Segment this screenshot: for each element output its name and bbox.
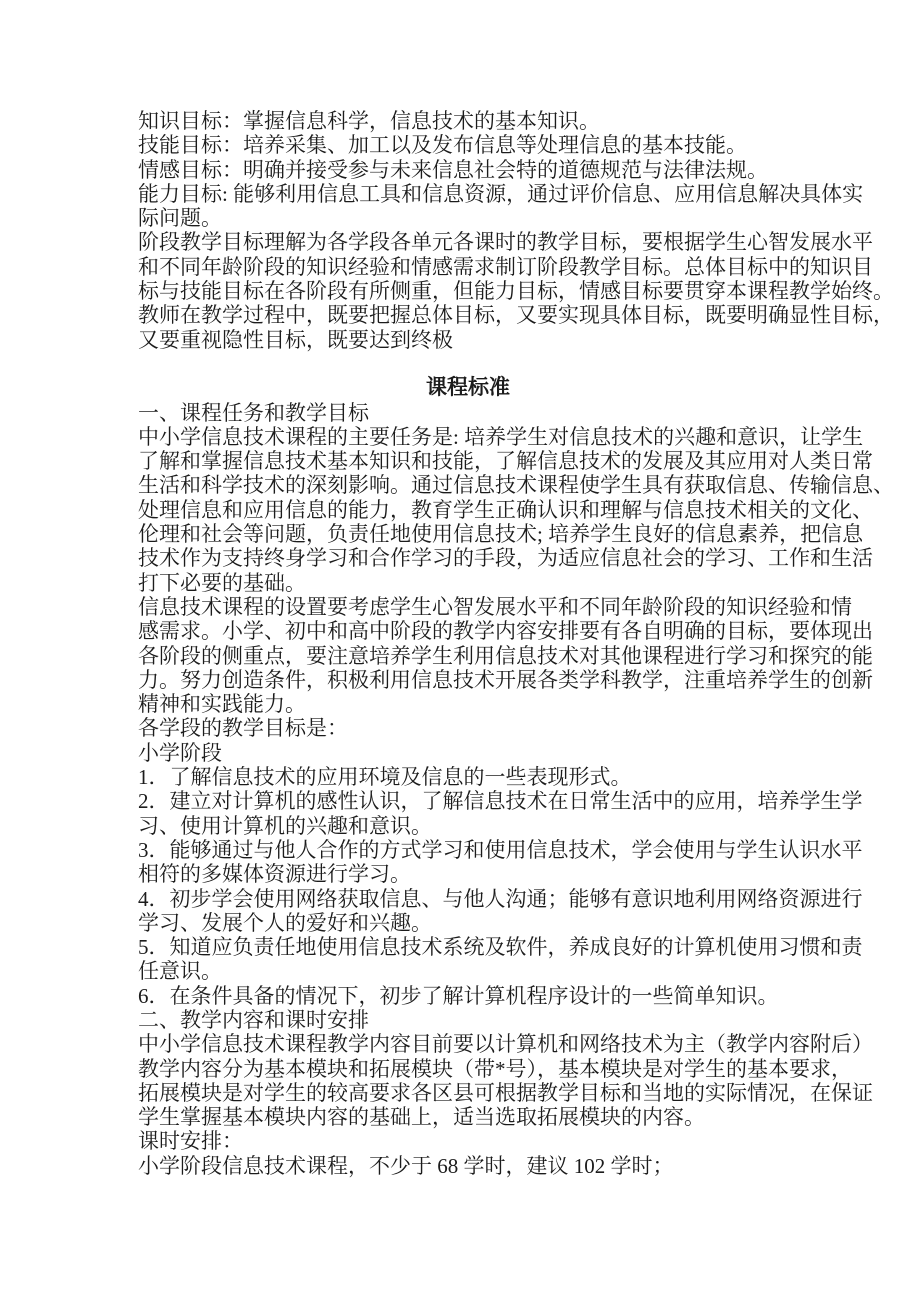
text-line: 阶段教学目标理解为各学段各单元各课时的教学目标，要根据学生心智发展水平 (138, 230, 798, 254)
text-line: 精神和实践能力。 (138, 692, 798, 716)
text-line: 一、课程任务和教学目标 (138, 401, 798, 425)
text-line: 4．初步学会使用网络获取信息、与他人沟通；能够有意识地利用网络资源进行 (138, 887, 798, 911)
document-text: 知识目标：掌握信息科学，信息技术的基本知识。技能目标：培养采集、加工以及发布信息… (138, 109, 798, 1178)
text-line: 处理信息和应用信息的能力，教育学生正确认识和理解与信息技术相关的文化、 (138, 498, 798, 522)
text-line: 教学内容分为基本模块和拓展模块（带*号），基本模块是对学生的基本要求， (138, 1057, 798, 1081)
text-line: 1．了解信息技术的应用环境及信息的一些表现形式。 (138, 765, 798, 789)
text-line: 情感目标：明确并接受参与未来信息社会特的道德规范与法律法规。 (138, 158, 798, 182)
text-line: 二、教学内容和课时安排 (138, 1008, 798, 1032)
text-line: 教师在教学过程中，既要把握总体目标，又要实现具体目标，既要明确显性目标， (138, 303, 798, 327)
text-line: 课时安排： (138, 1129, 798, 1153)
text-line: 中小学信息技术课程的主要任务是: 培养学生对信息技术的兴趣和意识，让学生 (138, 425, 798, 449)
text-line: 相符的多媒体资源进行学习。 (138, 862, 798, 886)
text-line: 任意识。 (138, 959, 798, 983)
document-page: 知识目标：掌握信息科学，信息技术的基本知识。技能目标：培养采集、加工以及发布信息… (0, 0, 920, 1302)
text-line: 2．建立对计算机的感性认识，了解信息技术在日常生活中的应用，培养学生学 (138, 789, 798, 813)
text-line: 5．知道应负责任地使用信息技术系统及软件，养成良好的计算机使用习惯和责 (138, 935, 798, 959)
text-line: 各阶段的侧重点，要注意培养学生利用信息技术对其他课程进行学习和探究的能 (138, 644, 798, 668)
text-line: 了解和掌握信息技术基本知识和技能，了解信息技术的发展及其应用对人类日常 (138, 449, 798, 473)
text-line: 标与技能目标在各阶段有所侧重，但能力目标，情感目标要贯穿本课程教学始终。 (138, 279, 798, 303)
text-line: 感需求。小学、初中和高中阶段的教学内容安排要有各自明确的目标，要体现出 (138, 619, 798, 643)
blank-line (138, 352, 798, 376)
text-line: 能力目标: 能够利用信息工具和信息资源，通过评价信息、应用信息解决具体实 (138, 182, 798, 206)
text-line: 小学阶段信息技术课程，不少于 68 学时，建议 102 学时； (138, 1154, 798, 1178)
text-line: 中小学信息技术课程教学内容目前要以计算机和网络技术为主（教学内容附后） (138, 1032, 798, 1056)
text-line: 力。努力创造条件，积极利用信息技术开展各类学科教学，注重培养学生的创新 (138, 668, 798, 692)
text-line: 生活和科学技术的深刻影响。通过信息技术课程使学生具有获取信息、传输信息、 (138, 473, 798, 497)
text-line: 学生掌握基本模块内容的基础上，适当选取拓展模块的内容。 (138, 1105, 798, 1129)
section-heading: 课程标准 (138, 376, 798, 400)
text-line: 小学阶段 (138, 741, 798, 765)
text-line: 各学段的教学目标是： (138, 716, 798, 740)
text-line: 拓展模块是对学生的较高要求各区县可根据教学目标和当地的实际情况，在保证 (138, 1081, 798, 1105)
text-line: 技能目标：培养采集、加工以及发布信息等处理信息的基本技能。 (138, 133, 798, 157)
text-line: 和不同年龄阶段的知识经验和情感需求制订阶段教学目标。总体目标中的知识目 (138, 255, 798, 279)
text-line: 际问题。 (138, 206, 798, 230)
text-line: 又要重视隐性目标，既要达到终极 (138, 328, 798, 352)
text-line: 知识目标：掌握信息科学，信息技术的基本知识。 (138, 109, 798, 133)
text-line: 习、使用计算机的兴趣和意识。 (138, 814, 798, 838)
text-line: 技术作为支持终身学习和合作学习的手段，为适应信息社会的学习、工作和生活 (138, 546, 798, 570)
text-line: 信息技术课程的设置要考虑学生心智发展水平和不同年龄阶段的知识经验和情 (138, 595, 798, 619)
text-line: 6．在条件具备的情况下，初步了解计算机程序设计的一些简单知识。 (138, 984, 798, 1008)
text-line: 打下必要的基础。 (138, 571, 798, 595)
text-line: 伦理和社会等问题，负责任地使用信息技术; 培养学生良好的信息素养，把信息 (138, 522, 798, 546)
text-line: 3．能够通过与他人合作的方式学习和使用信息技术，学会使用与学生认识水平 (138, 838, 798, 862)
text-line: 学习、发展个人的爱好和兴趣。 (138, 911, 798, 935)
